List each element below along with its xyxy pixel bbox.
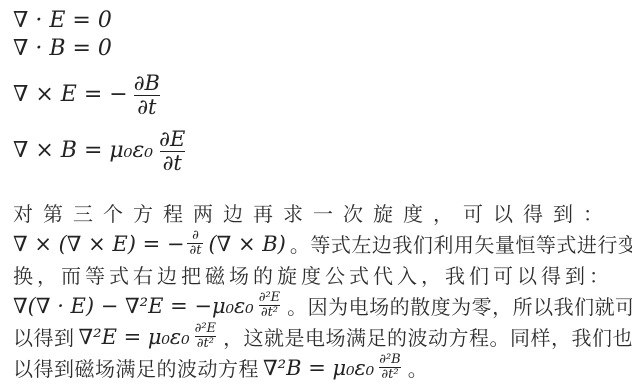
fraction-denominator: ∂t² bbox=[195, 336, 216, 351]
fraction-denominator: ∂t bbox=[187, 243, 203, 258]
inline-math: ∇(∇ · E) − ∇²E = −μ₀ε₀ bbox=[13, 294, 254, 318]
equation-curl-b: ∇ × B = μ₀ε₀ ∂E ∂t bbox=[13, 127, 632, 175]
fraction-numerator: ∂ bbox=[190, 229, 201, 243]
equation-text: ∇ · E = 0 bbox=[13, 7, 112, 35]
inline-math: (∇ × B) bbox=[208, 232, 285, 256]
paragraph-line-6: 以得到磁场满足的波动方程 ∇²B = μ₀ε₀ ∂²B ∂t² 。 bbox=[13, 352, 632, 383]
inline-fraction: ∂²B ∂t² bbox=[377, 353, 403, 382]
equation-curl-e: ∇ × E = − ∂B ∂t bbox=[13, 71, 632, 119]
line-text: 。因为电场的散度为零，所以我们就可 bbox=[287, 291, 632, 320]
fraction-denominator: ∂t bbox=[134, 95, 159, 119]
article-page: ∇ · E = 0 ∇ · B = 0 ∇ × E = − ∂B ∂t ∇ × … bbox=[0, 0, 640, 390]
equation-lead: ∇ × E = − bbox=[13, 81, 128, 109]
equation-lead: ∇ × B = μ₀ε₀ bbox=[13, 137, 153, 165]
line-text: 以得到磁场满足的波动方程 bbox=[13, 353, 259, 382]
inline-fraction: ∂ ∂t bbox=[187, 229, 203, 258]
derivation-paragraph: 对第三个方程两边再求一次旋度，可以得到： ∇ × (∇ × E) = − ∂ ∂… bbox=[13, 197, 632, 383]
line-text: 以得到 bbox=[13, 322, 75, 351]
line-text: 换，而等式右边把磁场的旋度公式代入，我们可以得到： bbox=[13, 260, 613, 289]
fraction-denominator: ∂t bbox=[160, 151, 185, 175]
fraction-numerator: ∂E bbox=[156, 128, 188, 151]
fraction-denominator: ∂t² bbox=[379, 367, 400, 382]
paragraph-line-2: ∇ × (∇ × E) = − ∂ ∂t (∇ × B) 。等式左边我们利用矢量… bbox=[13, 228, 632, 259]
maxwell-equations-block: ∇ · E = 0 ∇ · B = 0 ∇ × E = − ∂B ∂t ∇ × … bbox=[13, 7, 632, 175]
fraction-numerator: ∂²E bbox=[193, 322, 218, 336]
equation-text: ∇ · B = 0 bbox=[13, 35, 112, 63]
inline-math: ∇²B = μ₀ε₀ bbox=[263, 356, 374, 380]
equation-divergence-e: ∇ · E = 0 bbox=[13, 7, 632, 35]
fraction-numerator: ∂B bbox=[131, 72, 163, 95]
equation-divergence-b: ∇ · B = 0 bbox=[13, 35, 632, 63]
inline-math: ∇²E = μ₀ε₀ bbox=[79, 325, 190, 349]
line-text: ，这就是电场满足的波动方程。同样，我们也可 bbox=[223, 322, 632, 351]
paragraph-line-3: 换，而等式右边把磁场的旋度公式代入，我们可以得到： bbox=[13, 259, 632, 290]
inline-fraction: ∂²E ∂t² bbox=[193, 322, 218, 351]
paragraph-line-5: 以得到 ∇²E = μ₀ε₀ ∂²E ∂t² ，这就是电场满足的波动方程。同样，… bbox=[13, 321, 632, 352]
fraction-numerator: ∂²E bbox=[257, 291, 282, 305]
line-text: 对第三个方程两边再求一次旋度，可以得到： bbox=[13, 198, 613, 227]
fraction: ∂E ∂t bbox=[156, 128, 188, 175]
inline-fraction: ∂²E ∂t² bbox=[257, 291, 282, 320]
fraction: ∂B ∂t bbox=[131, 72, 163, 119]
inline-math: ∇ × (∇ × E) = − bbox=[13, 232, 184, 256]
fraction-numerator: ∂²B bbox=[377, 353, 403, 367]
line-text: 。 bbox=[408, 353, 429, 382]
paragraph-line-4: ∇(∇ · E) − ∇²E = −μ₀ε₀ ∂²E ∂t² 。因为电场的散度为… bbox=[13, 290, 632, 321]
line-text: 。等式左边我们利用矢量恒等式进行变 bbox=[290, 229, 632, 258]
paragraph-line-1: 对第三个方程两边再求一次旋度，可以得到： bbox=[13, 197, 632, 228]
fraction-denominator: ∂t² bbox=[259, 305, 280, 320]
